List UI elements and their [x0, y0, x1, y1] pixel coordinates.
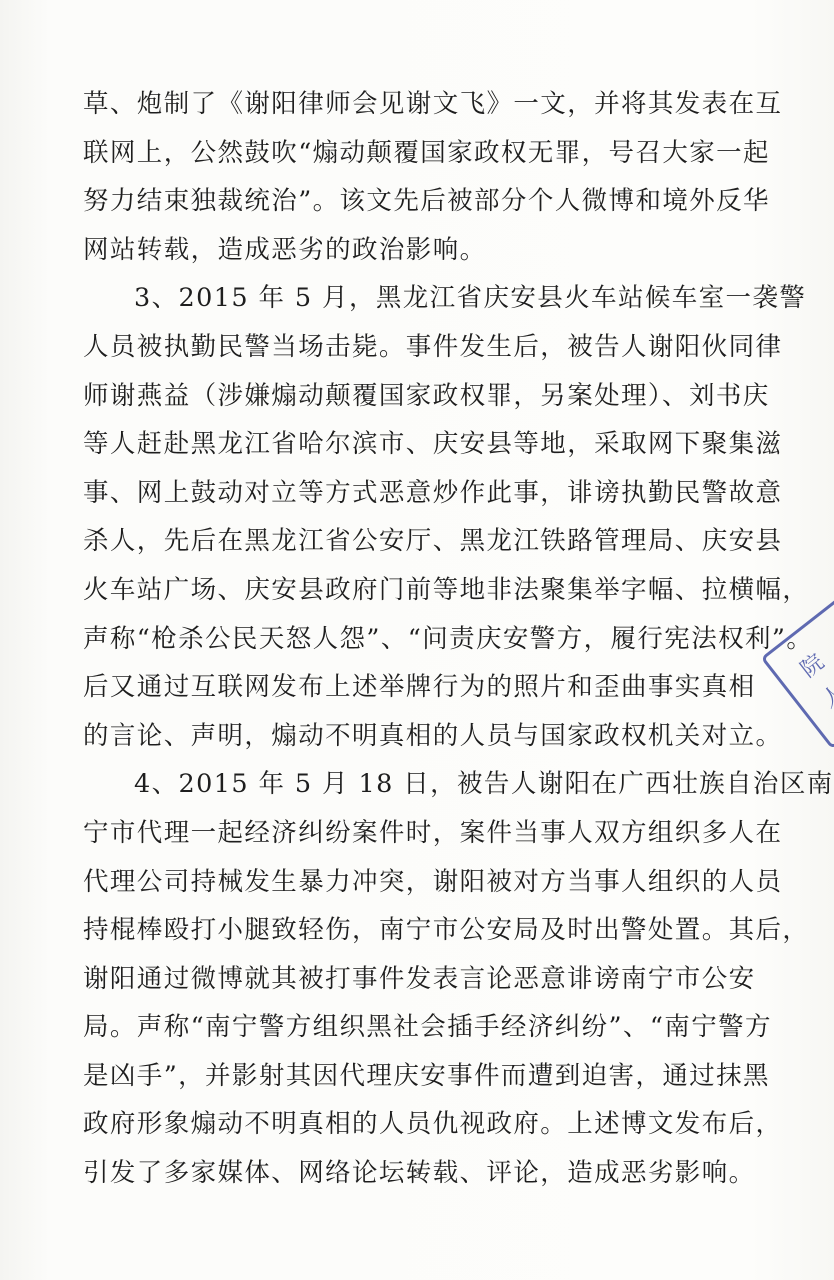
text-line: 局。声称“南宁警方组织黑社会插手经济纠纷”、“南宁警方: [83, 1003, 733, 1052]
stamp-char: 人: [814, 676, 834, 714]
text-line: 努力结束独裁统治”。该文先后被部分个人微博和境外反华: [83, 177, 733, 226]
text-line: 持棍棒殴打小腿致轻伤，南宁市公安局及时出警处置。其后，: [83, 906, 733, 955]
text-line: 草、炮制了《谢阳律师会见谢文飞》一文，并将其发表在互: [83, 80, 733, 129]
document-page: 草、炮制了《谢阳律师会见谢文飞》一文，并将其发表在互 联网上，公然鼓吹“煽动颠覆…: [0, 0, 834, 1280]
text-line: 网站转载，造成恶劣的政治影响。: [83, 226, 733, 275]
text-line: 事、网上鼓动对立等方式恶意炒作此事，诽谤执勤民警故意: [83, 469, 733, 518]
text-line: 代理公司持械发生暴力冲突，谢阳被对方当事人组织的人员: [83, 858, 733, 907]
text-line: 联网上，公然鼓吹“煽动颠覆国家政权无罪，号召大家一起: [83, 129, 733, 178]
stamp-char: 院: [793, 646, 829, 684]
text-line: 是凶手”，并影射其因代理庆安事件而遭到迫害，通过抹黑: [83, 1052, 733, 1101]
text-line: 杀人，先后在黑龙江省公安厅、黑龙江铁路管理局、庆安县: [83, 517, 733, 566]
text-line: 的言论、声明，煽动不明真相的人员与国家政权机关对立。: [83, 712, 733, 761]
text-line: 后又通过互联网发布上述举牌行为的照片和歪曲事实真相: [83, 663, 733, 712]
text-line: 政府形象煽动不明真相的人员仇视政府。上述博文发布后，: [83, 1100, 733, 1149]
body-text: 草、炮制了《谢阳律师会见谢文飞》一文，并将其发表在互 联网上，公然鼓吹“煽动颠覆…: [83, 80, 733, 1198]
text-line: 谢阳通过微博就其被打事件发表言论恶意诽谤南宁市公安: [83, 955, 733, 1004]
page-number: 3: [0, 1167, 834, 1182]
text-line: 师谢燕益（涉嫌煽动颠覆国家政权罪，另案处理）、刘书庆: [83, 372, 733, 421]
paragraph-3-start: 3、2015 年 5 月，黑龙江省庆安县火车站候车室一袭警: [83, 274, 733, 323]
paragraph-4-start: 4、2015 年 5 月 18 日，被告人谢阳在广西壮族自治区南: [83, 760, 733, 809]
text-line: 人员被执勤民警当场击毙。事件发生后，被告人谢阳伙同律: [83, 323, 733, 372]
text-line: 声称“枪杀公民天怒人怨”、“问责庆安警方，履行宪法权利”。: [83, 615, 733, 664]
text-line: 火车站广场、庆安县政府门前等地非法聚集举字幅、拉横幅，: [83, 566, 733, 615]
text-line: 等人赶赴黑龙江省哈尔滨市、庆安县等地，采取网下聚集滋: [83, 420, 733, 469]
text-line: 宁市代理一起经济纠纷案件时，案件当事人双方组织多人在: [83, 809, 733, 858]
